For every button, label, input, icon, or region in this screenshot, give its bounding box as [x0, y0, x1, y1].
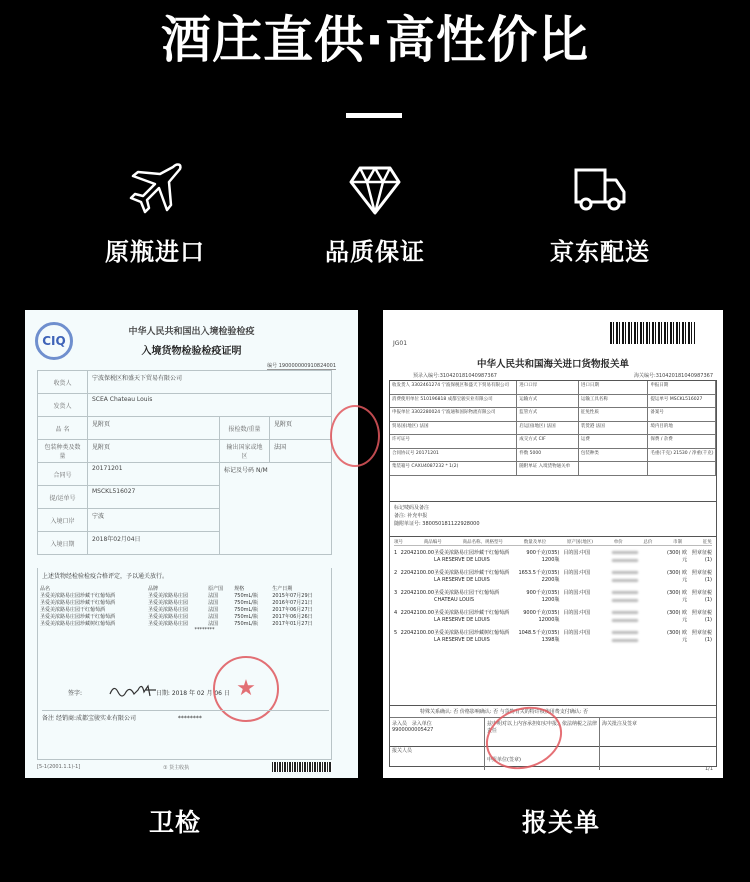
- feature-label: 京东配送: [525, 232, 675, 267]
- signature-scribble: [108, 680, 158, 700]
- airplane-icon: [80, 160, 230, 220]
- grid-row: 收发货人 3302461274 宁波保税区和盛天下贸易有限公司进口口岸进口日期申…: [390, 381, 716, 395]
- feature-original-import: 原瓶进口: [80, 160, 230, 267]
- declaration-item: 222042100.00圣爱美浓路易庄园珍藏干红葡萄酒 LA RESERVE D…: [394, 570, 712, 586]
- barcode: [610, 322, 695, 344]
- customs-title: 中华人民共和国海关进口货物报关单: [383, 356, 723, 370]
- certificate-title-line1: 中华人民共和国出入境检验检疫: [25, 324, 358, 337]
- customs-declaration-image: JG01 中华人民共和国海关进口货物报关单 预录入编号:310420181040…: [383, 310, 723, 778]
- grid-row: 集装箱号 CAXU4087232 * 1(2)随附单证 入境货物通关单: [390, 462, 716, 476]
- goods-header: 原产国: [206, 585, 232, 592]
- headline-divider: [346, 113, 402, 118]
- feature-label: 原瓶进口: [80, 232, 230, 267]
- grid-row: 消费使用单位 510196818 成都宝骏实业有限公司运输方式运输工具名称提运单…: [390, 395, 716, 409]
- grid-row: 申报单位 3302280024 宁波通和国际物流有限公司监管方式征免性质备案号: [390, 408, 716, 422]
- declaration-item: 522042100.00圣爱美浓路易庄园珍藏树红葡萄酒 LA RESERVE D…: [394, 630, 712, 646]
- goods-row: 圣爱美浓路易庄园干红葡萄酒圣爱美浓路易庄园法国750mL/瓶2017年06月27…: [38, 606, 331, 613]
- goods-end-mark: ********: [38, 627, 331, 633]
- goods-table: 品名品牌原产国规格生产日期 圣爱美浓路易庄园珍藏干红葡萄酒圣爱美浓路易庄园法国7…: [38, 585, 331, 627]
- grid-row: 许可证号成交方式 CIF运费保费 / 杂费: [390, 435, 716, 449]
- diamond-icon: [300, 160, 450, 220]
- feature-quality-guarantee: 品质保证: [300, 160, 450, 267]
- declaration-item: 322042100.00圣爱美浓路易庄园干红葡萄酒 CHATEAU LOUIS9…: [394, 590, 712, 606]
- truck-icon: [525, 160, 675, 220]
- goods-header: 品牌: [146, 585, 206, 592]
- certificate-footer: [5-1(2001.1.1)-1] ① 货主收执: [37, 762, 332, 772]
- certificate-number: 编号 190000000910824001: [267, 362, 336, 370]
- feature-label: 品质保证: [300, 232, 450, 267]
- certificate-table: 收货人宁波保税区和盛天下贸易有限公司 发货人SCEA Chateau Louis…: [37, 370, 332, 555]
- certificate-statement: 上述货物经检验检疫合格评定，予以通关放行。: [38, 568, 331, 583]
- form-code: JG01: [393, 340, 407, 347]
- goods-row: 圣爱美浓路易庄园珍藏干红葡萄酒圣爱美浓路易庄园法国750mL/瓶2016年07月…: [38, 599, 331, 606]
- goods-row: 圣爱美浓路易庄园珍藏干红葡萄酒圣爱美浓路易庄园法国750mL/瓶2017年06月…: [38, 613, 331, 620]
- inspection-certificate-image: CIQ 中华人民共和国出入境检验检疫 入境货物检验检疫证明 编号 1900000…: [25, 310, 358, 778]
- seal-edge: [330, 405, 380, 467]
- goods-row: 圣爱美浓路易庄园珍藏树红葡萄酒圣爱美浓路易庄园法国750mL/瓶2017年01月…: [38, 620, 331, 627]
- goods-header: 品名: [38, 585, 146, 592]
- declaration-header-grid: 收发货人 3302461274 宁波保税区和盛天下贸易有限公司进口口岸进口日期申…: [389, 380, 717, 502]
- barcode: [272, 762, 332, 772]
- grid-row: 合同协议号 20171201件数 5000包装种类毛重(千克) 21530 / …: [390, 449, 716, 463]
- declaration-note: 标记唛码及备注 备注: 补充申报 随附单证号: 3800501811229280…: [389, 502, 717, 537]
- goods-row: 圣爱美浓路易庄园珍藏干红葡萄酒圣爱美浓路易庄园法国750mL/瓶2015年07月…: [38, 592, 331, 599]
- caption-customs: 报关单: [522, 803, 600, 839]
- certificate-goods-section: 上述货物经检验检疫合格评定，予以通关放行。 品名品牌原产国规格生产日期 圣爱美浓…: [37, 568, 332, 760]
- page-headline: 酒庄直供·高性价比: [0, 10, 750, 70]
- certificate-remark: 备注 经销商:成都宝骏实业有限公司 ********: [42, 710, 329, 722]
- feature-jd-delivery: 京东配送: [525, 160, 675, 267]
- certificate-title-line2: 入境货物检验检疫证明: [25, 342, 358, 357]
- declaration-item: 122042100.00圣爱美浓路易庄园珍藏干红葡萄酒 LA RESERVE D…: [394, 550, 712, 566]
- goods-header: 生产日期: [270, 585, 331, 592]
- page-number: 1/1: [705, 766, 713, 772]
- goods-header: 规格: [232, 585, 270, 592]
- grid-row: 贸易国(地区) 法国启运国(地区) 法国装货港 法国境内目的地: [390, 422, 716, 436]
- caption-inspection: 卫检: [149, 803, 201, 839]
- declaration-item: 422042100.00圣爱美浓路易庄园珍藏干红葡萄酒 LA RESERVE D…: [394, 610, 712, 626]
- declaration-numbers: 预录入编号:310420181040987367 海关编号:3104201810…: [413, 372, 713, 379]
